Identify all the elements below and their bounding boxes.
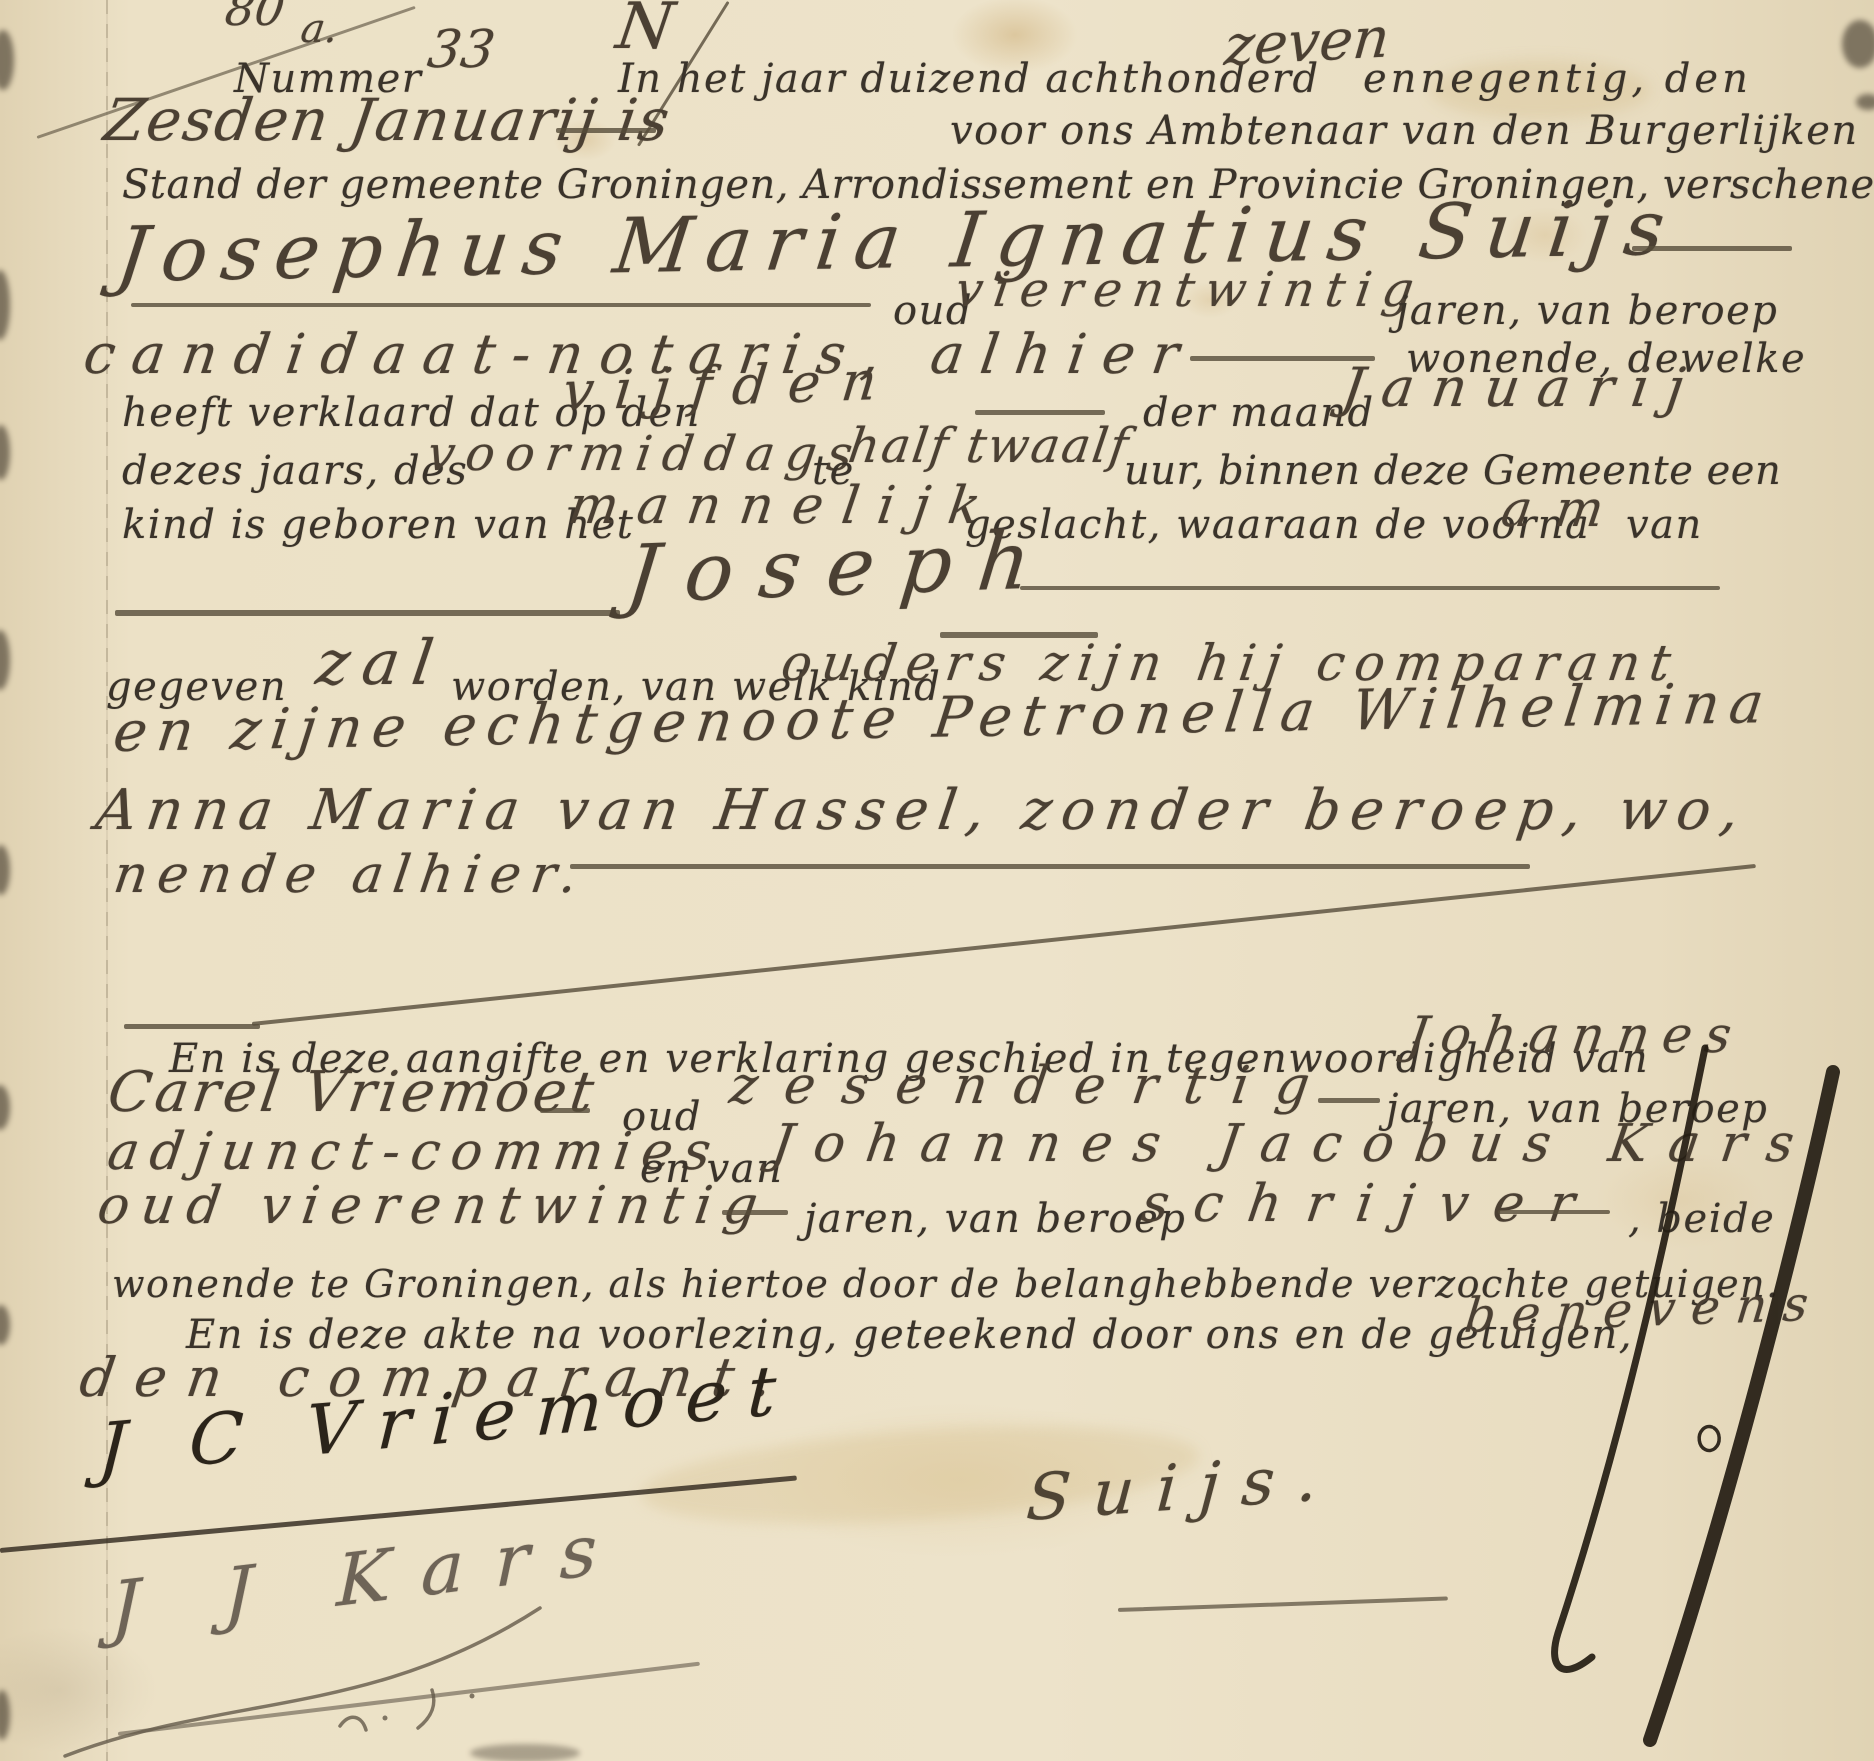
- filler-dash: [115, 610, 620, 616]
- hand-act-number: 33: [424, 20, 499, 80]
- fold-line: [106, 0, 108, 1761]
- print-time-suffix: uur, binnen deze Gemeente een: [1124, 448, 1781, 494]
- hand-birth-day: vijfden: [560, 348, 901, 423]
- margin-note-fragment: 80: [222, 0, 288, 36]
- scan-artifact: [0, 1690, 10, 1740]
- strike-tail: [124, 1024, 260, 1029]
- hand-child-name: Joseph: [622, 513, 1061, 621]
- print-year-suffix: ennegentig, den: [1363, 56, 1752, 102]
- print-age-suffix: jaren, van beroep: [1396, 288, 1778, 334]
- hand-date-day: Zesden Januarij is: [100, 86, 675, 154]
- hand-witness1-name: Carel Vriemoet: [104, 1060, 602, 1125]
- form-rule: [1020, 586, 1720, 590]
- scan-artifact: [0, 1085, 10, 1130]
- form-rule: [570, 864, 1530, 869]
- scan-artifact: [0, 270, 10, 340]
- hand-time-of-day: voormiddags: [424, 426, 867, 482]
- filler-dash: [975, 410, 1105, 415]
- scan-artifact: [0, 845, 10, 895]
- hand-birth-month: Januarij: [1338, 356, 1706, 419]
- filler-dash: [1632, 246, 1792, 251]
- print-officer-intro: voor ons Ambtenaar van den Burgerlijken: [950, 108, 1859, 154]
- hand-birth-hour: half twaalf: [845, 418, 1134, 474]
- print-year-intro: In het jaar duizend achthonderd: [618, 56, 1320, 102]
- hand-mother-name: Anna Maria van Hassel, zonder beroep, wo…: [92, 778, 1753, 843]
- scan-artifact: [0, 425, 10, 480]
- hand-name-correction: am: [1498, 480, 1631, 538]
- print-time-intro: dezes jaars, des: [122, 448, 468, 494]
- print-van-label: van: [1626, 502, 1703, 548]
- scan-artifact: [0, 630, 10, 690]
- hand-declarant-age: vierentwintig: [952, 262, 1428, 318]
- signature-flourish-kars: [40, 1598, 700, 1761]
- filler-dash: [540, 1108, 590, 1113]
- scan-artifact: [0, 1305, 10, 1345]
- signature-registrar: [1260, 1035, 1860, 1761]
- corner-mark: N: [612, 0, 678, 64]
- hand-given-word: zal: [312, 626, 451, 699]
- filler-dash: [556, 128, 656, 133]
- hand-residence-tail: nende alhier.: [110, 845, 591, 905]
- hand-witness2-age: oud vierentwintig: [94, 1176, 773, 1236]
- birth-certificate-scan: 80 a. N Nummer 33 In het jaar duizend ac…: [0, 0, 1874, 1761]
- form-rule: [131, 303, 871, 307]
- hand-witness1-age: zesendertig: [726, 1056, 1340, 1116]
- scan-artifact: [1842, 20, 1874, 68]
- print-beroep-label: jaren, van beroep: [804, 1196, 1186, 1242]
- print-child-intro: kind is geboren van het: [122, 502, 634, 548]
- hand-witness1-occupation: adjunct-commies: [104, 1122, 726, 1182]
- filler-dash: [722, 1210, 788, 1215]
- scan-artifact: [0, 30, 14, 90]
